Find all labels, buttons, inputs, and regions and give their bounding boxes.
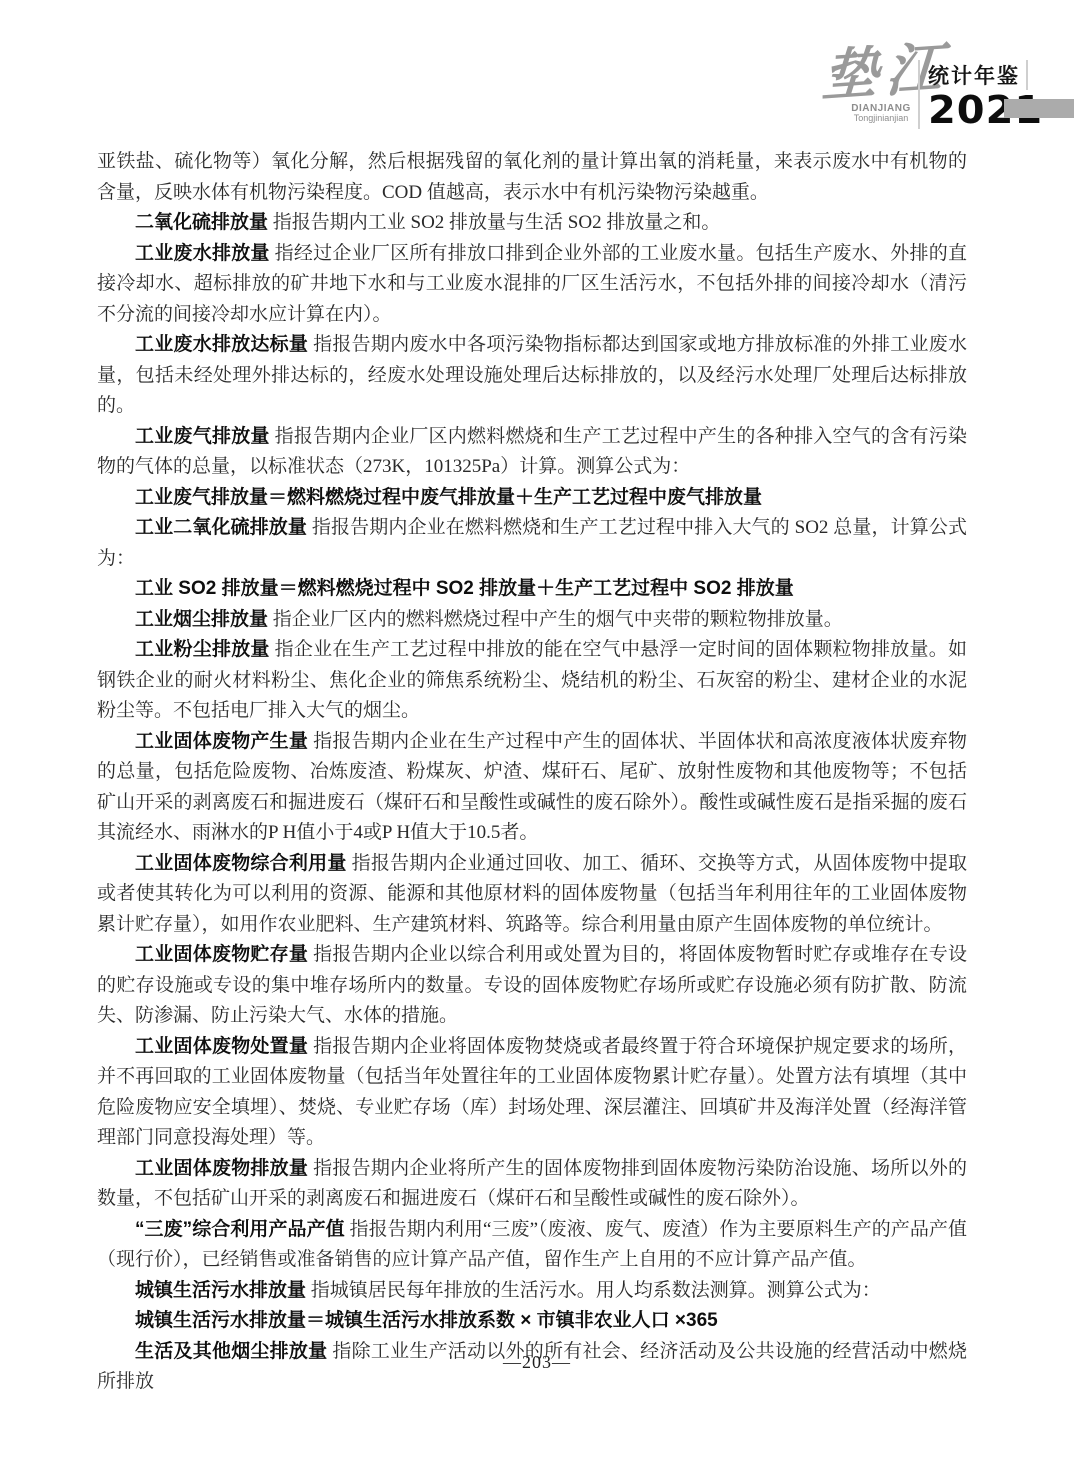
definition-paragraph: 工业烟尘排放量 指企业厂区内的燃料燃烧过程中产生的烟气中夹带的颗粒物排放量。 <box>97 605 967 636</box>
term-label: “三废”综合利用产品产值 <box>135 1219 345 1240</box>
definition-paragraph: 工业固体废物综合利用量 指报告期内企业通过回收、加工、循环、交换等方式，从固体废… <box>97 849 967 941</box>
definition-paragraph: 工业固体废物处置量 指报告期内企业将固体废物焚烧或者最终置于符合环境保护规定要求… <box>97 1032 967 1154</box>
definitions-content: 亚铁盐、硫化物等）氧化分解，然后根据残留的氧化剂的量计算出氧的消耗量，来表示废水… <box>97 147 967 1398</box>
formula-line: 城镇生活污水排放量＝城镇生活污水排放系数 × 市镇非农业人口 ×365 <box>97 1306 967 1337</box>
definition-paragraph: “三废”综合利用产品产值 指报告期内利用“三废”（废液、废气、废渣）作为主要原料… <box>97 1215 967 1276</box>
page-number: —203— <box>503 1352 571 1372</box>
term-label: 城镇生活污水排放量 <box>135 1280 306 1301</box>
term-label: 工业二氧化硫排放量 <box>135 517 307 538</box>
definition-paragraph: 工业固体废物排放量 指报告期内企业将所产生的固体废物排到固体废物污染防治设施、场… <box>97 1154 967 1215</box>
definition-paragraph: 工业固体废物贮存量 指报告期内企业以综合利用或处置为目的，将固体废物暂时贮存或堆… <box>97 940 967 1032</box>
definition-paragraph: 工业粉尘排放量 指企业在生产工艺过程中排放的能在空气中悬浮一定时间的固体颗粒物排… <box>97 635 967 727</box>
term-label: 二氧化硫排放量 <box>135 212 268 233</box>
term-label: 工业粉尘排放量 <box>135 639 270 660</box>
definition-paragraph: 二氧化硫排放量 指报告期内工业 SO2 排放量与生活 SO2 排放量之和。 <box>97 208 967 239</box>
definition-paragraph: 工业废水排放量 指经过企业厂区所有排放口排到企业外部的工业废水量。包括生产废水、… <box>97 239 967 331</box>
term-label: 工业固体废物综合利用量 <box>135 853 347 874</box>
term-label: 工业固体废物贮存量 <box>135 944 308 965</box>
yearbook-title: 统计年鉴 <box>928 60 1028 90</box>
term-label: 工业烟尘排放量 <box>135 609 268 630</box>
page-header: 垫江 DIANJIANG Tongjinianjian 统计年鉴 2021 <box>0 0 1074 140</box>
term-label: 工业废水排放达标量 <box>135 334 308 355</box>
header-rule-bar <box>1004 99 1074 118</box>
term-label: 工业废气排放量 <box>135 426 270 447</box>
yearbook-page: 垫江 DIANJIANG Tongjinianjian 统计年鉴 2021 亚铁… <box>0 0 1074 1458</box>
yearbook-logo-block: 统计年鉴 2021 <box>918 60 1038 129</box>
logo-romanized: DIANJIANG Tongjinianjian <box>846 103 916 124</box>
logo-romanized-subtitle: Tongjinianjian <box>846 114 916 124</box>
formula-line: 工业废气排放量＝燃料燃烧过程中废气排放量＋生产工艺过程中废气排放量 <box>97 483 967 514</box>
definition-paragraph: 工业二氧化硫排放量 指报告期内企业在燃料燃烧和生产工艺过程中排入大气的 SO2 … <box>97 513 967 574</box>
term-label: 工业固体废物处置量 <box>135 1036 308 1057</box>
definition-paragraph: 工业固体废物产生量 指报告期内企业在生产过程中产生的固体状、半固体状和高浓度液体… <box>97 727 967 849</box>
definition-paragraph: 亚铁盐、硫化物等）氧化分解，然后根据残留的氧化剂的量计算出氧的消耗量，来表示废水… <box>97 147 967 208</box>
term-label: 工业固体废物排放量 <box>135 1158 308 1179</box>
definition-paragraph: 工业废水排放达标量 指报告期内废水中各项污染物指标都达到国家或地方排放标准的外排… <box>97 330 967 422</box>
definition-paragraph: 工业废气排放量 指报告期内企业厂区内燃料燃烧和生产工艺过程中产生的各种排入空气的… <box>97 422 967 483</box>
term-label: 工业废水排放量 <box>135 243 270 264</box>
formula-line: 工业 SO2 排放量＝燃料燃烧过程中 SO2 排放量＋生产工艺过程中 SO2 排… <box>97 574 967 605</box>
page-footer: —203— <box>0 1352 1074 1373</box>
definition-paragraph: 城镇生活污水排放量 指城镇居民每年排放的生活污水。用人均系数法测算。测算公式为： <box>97 1276 967 1307</box>
term-label: 工业固体废物产生量 <box>135 731 308 752</box>
